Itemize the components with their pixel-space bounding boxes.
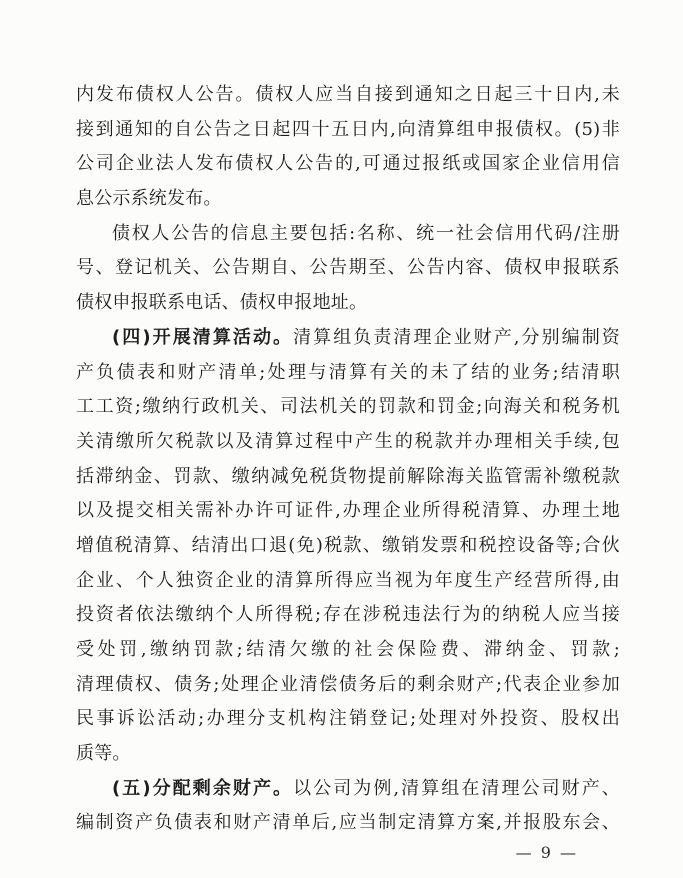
text-line: 工工资;缴纳行政机关、司法机关的罚款和罚金;向海关和税务机	[76, 390, 620, 425]
text-line: 债权申报联系电话、债权申报地址。	[76, 286, 620, 321]
page-number: — 9 —	[516, 843, 578, 862]
text-line: 质等。	[76, 737, 620, 772]
text-line: 内发布债权人公告。债权人应当自接到通知之日起三十日内,未	[76, 78, 620, 113]
section-heading: (五)分配剩余财产。	[112, 778, 293, 799]
text-line: 号、登记机关、公告期自、公告期至、公告内容、债权申报联系人、	[76, 251, 620, 286]
text-line: 括滞纳金、罚款、缴纳减免税货物提前解除海关监管需补缴税款	[76, 460, 620, 495]
document-body: 内发布债权人公告。债权人应当自接到通知之日起三十日内,未 接到通知的自公告之日起…	[76, 78, 620, 841]
document-page: 内发布债权人公告。债权人应当自接到通知之日起三十日内,未 接到通知的自公告之日起…	[0, 0, 683, 878]
text-line: 编制资产负债表和财产清单后,应当制定清算方案,并报股东会、	[76, 806, 620, 841]
text-line: 清理债权、债务;处理企业清偿债务后的剩余财产;代表企业参加	[76, 668, 620, 703]
text-line: 接到通知的自公告之日起四十五日内,向清算组申报债权。(5)非	[76, 113, 620, 148]
text-run: 清算组负责清理企业财产,分别编制资	[293, 327, 620, 348]
text-line: 以及提交相关需补办许可证件,办理企业所得税清算、办理土地	[76, 494, 620, 529]
text-line: (五)分配剩余财产。以公司为例,清算组在清理公司财产、	[76, 772, 620, 807]
text-line: 增值税清算、结清出口退(免)税款、缴销发票和税控设备等;合伙	[76, 529, 620, 564]
text-run: 以公司为例,清算组在清理公司财产、	[293, 778, 620, 799]
text-line: 产负债表和财产清单;处理与清算有关的未了结的业务;结清职	[76, 356, 620, 391]
section-heading: (四)开展清算活动。	[112, 327, 293, 348]
text-line: 关清缴所欠税款以及清算过程中产生的税款并办理相关手续,包	[76, 425, 620, 460]
text-line: 受处罚,缴纳罚款;结清欠缴的社会保险费、滞纳金、罚款;	[76, 633, 620, 668]
text-line: 息公示系统发布。	[76, 182, 620, 217]
text-line: 企业、个人独资企业的清算所得应当视为年度生产经营所得,由	[76, 564, 620, 599]
text-line: 债权人公告的信息主要包括:名称、统一社会信用代码/注册	[76, 217, 620, 252]
text-line: 民事诉讼活动;办理分支机构注销登记;处理对外投资、股权出	[76, 702, 620, 737]
text-line: 公司企业法人发布债权人公告的,可通过报纸或国家企业信用信	[76, 147, 620, 182]
text-line: 投资者依法缴纳个人所得税;存在涉税违法行为的纳税人应当接	[76, 598, 620, 633]
text-line: (四)开展清算活动。清算组负责清理企业财产,分别编制资	[76, 321, 620, 356]
